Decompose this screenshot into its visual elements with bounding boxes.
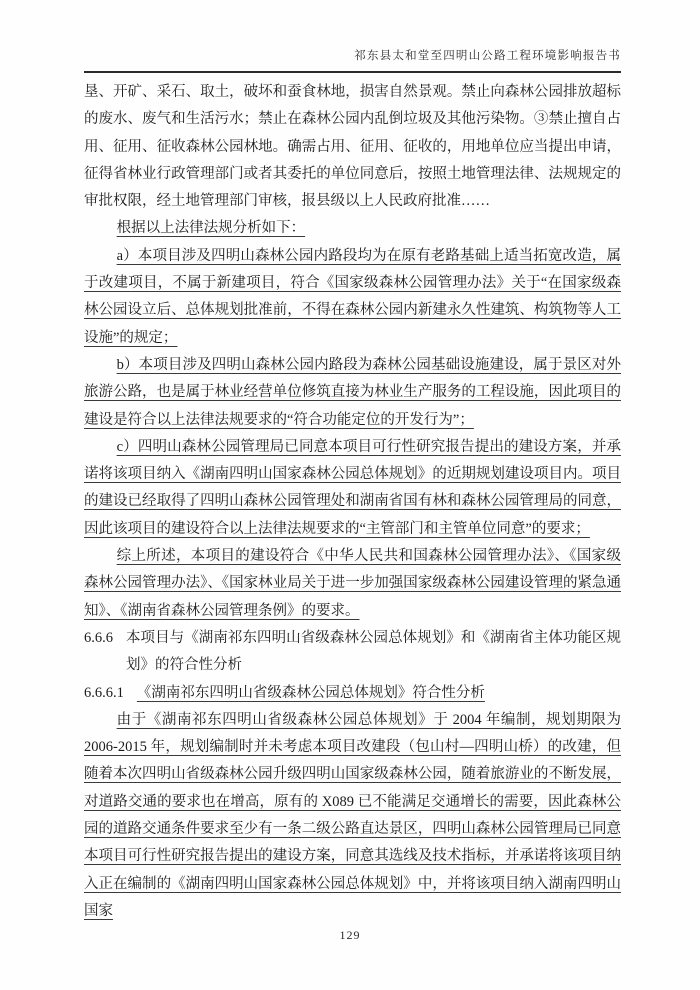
section-number: 6.6.6 bbox=[84, 625, 113, 680]
paragraph-analysis-intro: 根据以上法律法规分析如下： bbox=[84, 215, 621, 242]
subsection-number: 6.6.6.1 bbox=[84, 680, 124, 707]
report-page: 祁东县太和堂至四明山公路工程环境影响报告书 垦、开矿、采石、取土，破坏和蚕食林地… bbox=[0, 0, 700, 990]
paragraph-item-c: c）四明山森林公园管理局已同意本项目可行性研究报告提出的建设方案，并承诺将该项目… bbox=[84, 434, 621, 543]
page-footer: 129 bbox=[0, 926, 700, 944]
subsection-title: 《湖南祁东四明山省级森林公园总体规划》符合性分析 bbox=[137, 680, 621, 707]
page-header: 祁东县太和堂至四明山公路工程环境影响报告书 bbox=[84, 0, 621, 73]
paragraph-item-a: a）本项目涉及四明山森林公园内路段均为在原有老路基础上适当拓宽改造，属于改建项目… bbox=[84, 243, 621, 352]
paragraph-conclusion: 综上所述，本项目的建设符合《中华人民共和国森林公园管理办法》、《国家级森林公园管… bbox=[84, 543, 621, 625]
page-number: 129 bbox=[340, 928, 361, 942]
header-title: 祁东县太和堂至四明山公路工程环境影响报告书 bbox=[84, 48, 621, 64]
paragraph-item-b: b）本项目涉及四明山森林公园内路段为森林公园基础设施建设，属于景区对外旅游公路，… bbox=[84, 352, 621, 434]
header-rule bbox=[84, 71, 621, 73]
section-heading-6-6-6: 6.6.6 本项目与《湖南祁东四明山省级森林公园总体规划》和《湖南省主体功能区规… bbox=[84, 625, 621, 680]
section-title: 本项目与《湖南祁东四明山省级森林公园总体规划》和《湖南省主体功能区规划》的符合性… bbox=[126, 625, 621, 680]
document-body: 垦、开矿、采石、取土，破坏和蚕食林地，损害自然景观。禁止向森林公园排放超标的废水… bbox=[84, 79, 621, 925]
section-heading-6-6-6-1: 6.6.6.1 《湖南祁东四明山省级森林公园总体规划》符合性分析 bbox=[84, 680, 621, 707]
paragraph-legal-excerpt-continuation: 垦、开矿、采石、取土，破坏和蚕食林地，损害自然景观。禁止向森林公园排放超标的废水… bbox=[84, 79, 621, 215]
paragraph-compliance-analysis: 由于《湖南祁东四明山省级森林公园总体规划》于 2004 年编制，规划期限为200… bbox=[84, 707, 621, 925]
